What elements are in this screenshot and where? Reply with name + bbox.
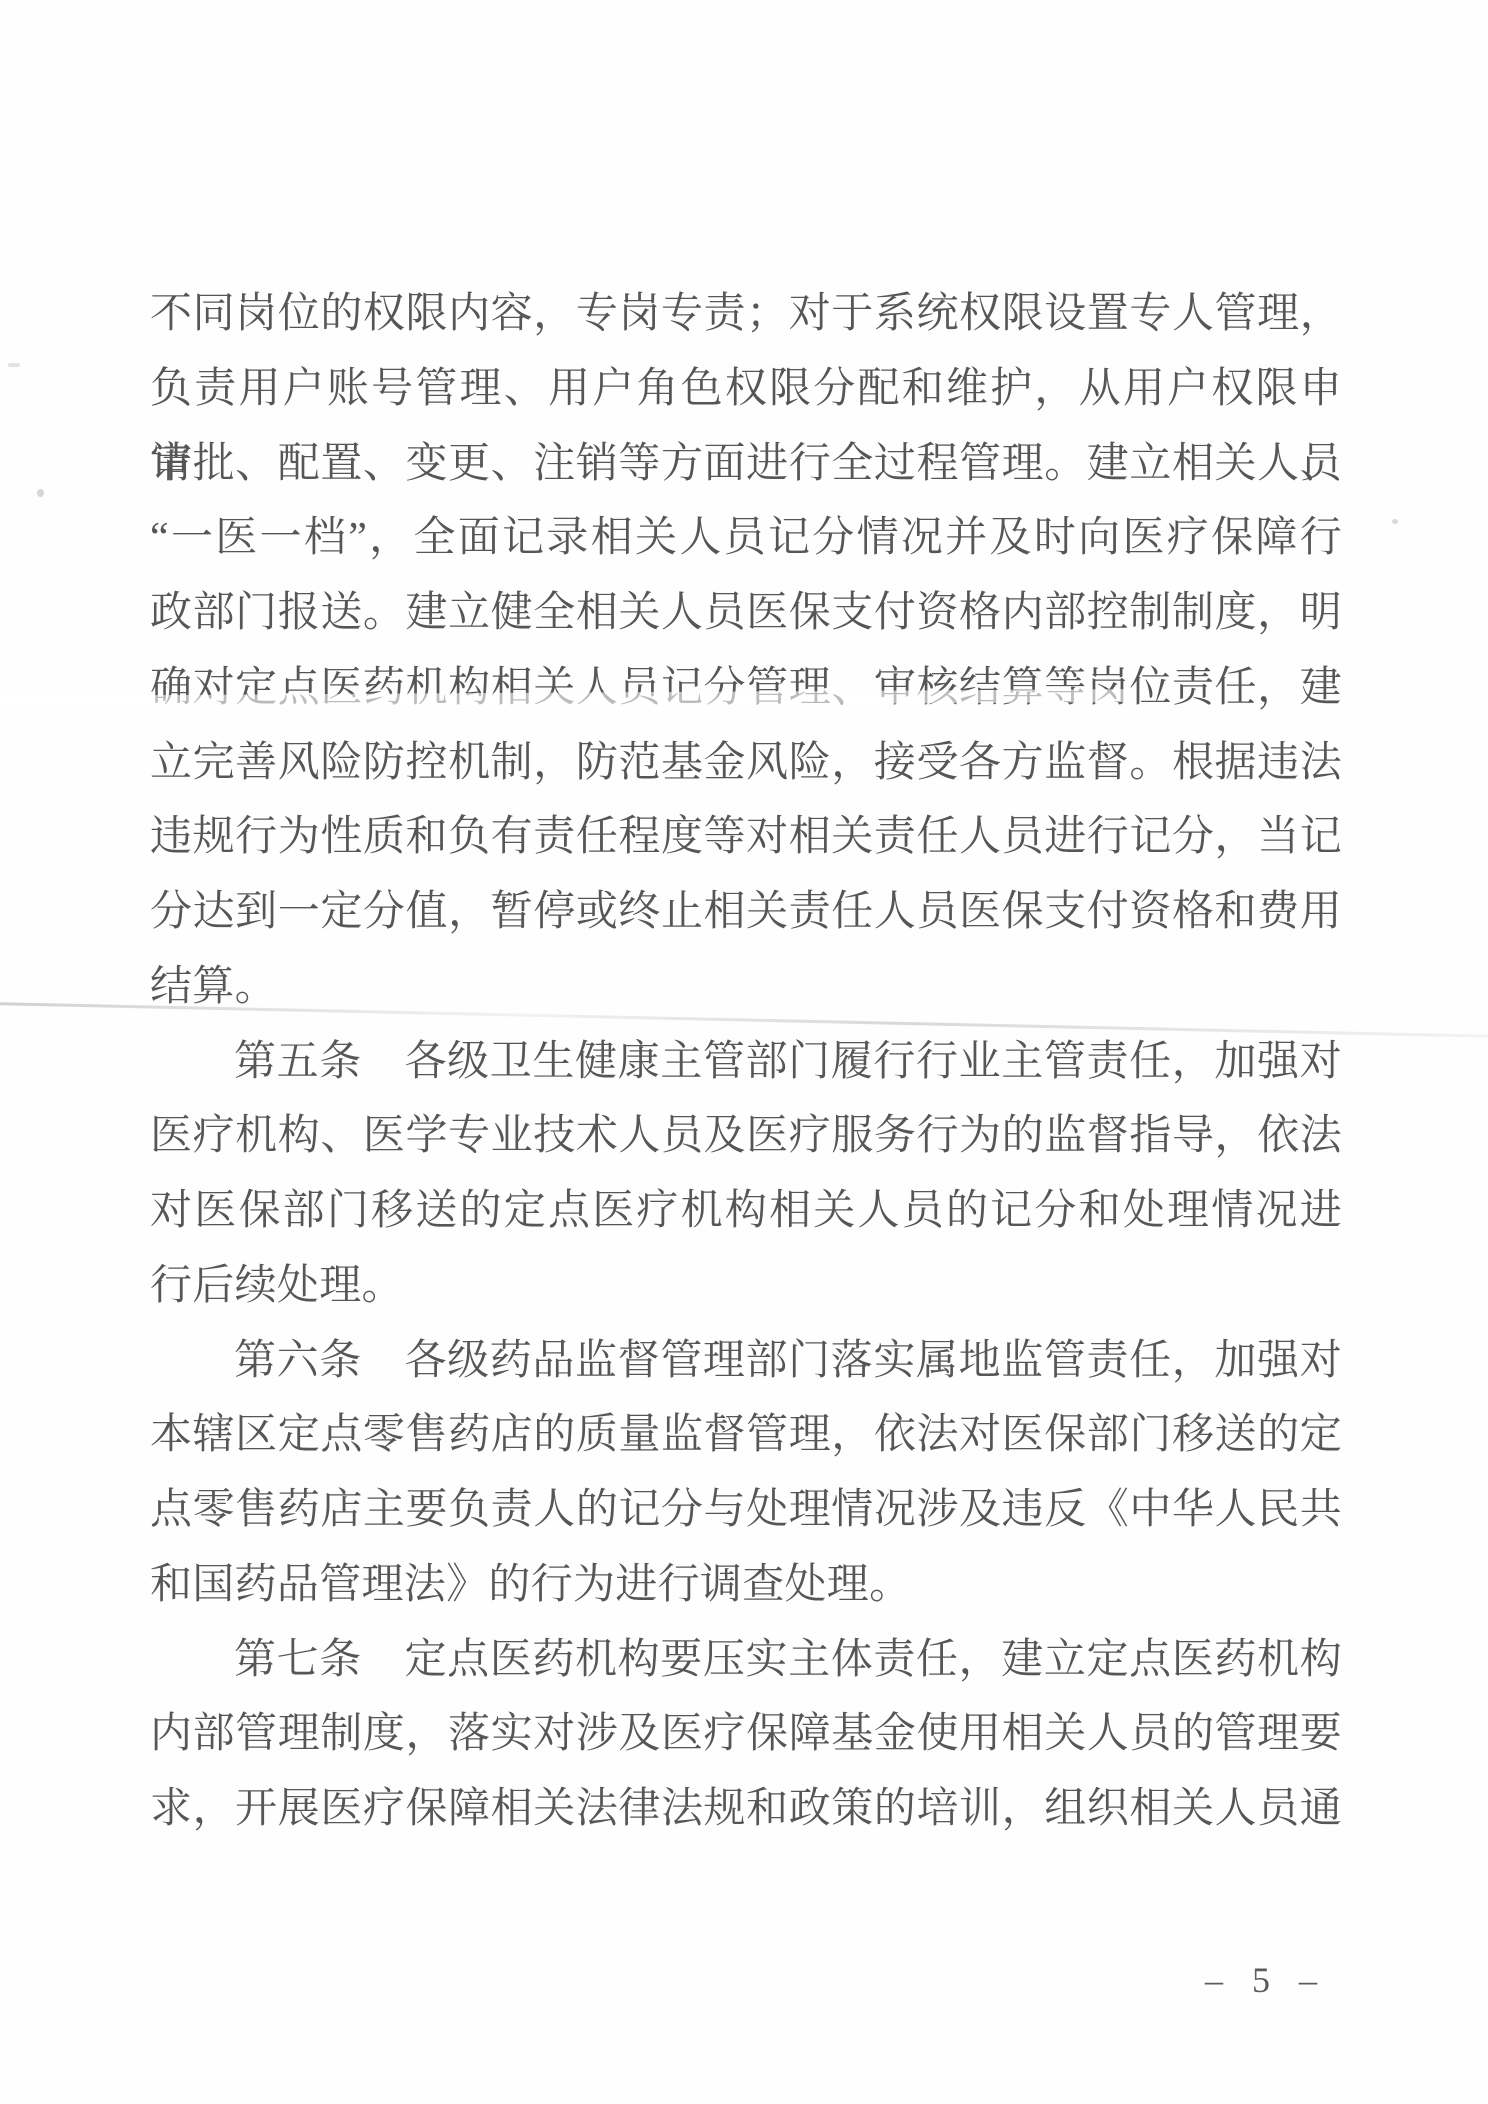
text-line: 医疗机构、医学专业技术人员及医疗服务行为的监督指导，依法 — [150, 1099, 1342, 1174]
text-line: 求，开展医疗保障相关法律法规和政策的培训，组织相关人员通 — [150, 1772, 1342, 1847]
scan-speck-artifact — [1392, 519, 1398, 524]
text-line: 结算。 — [150, 950, 1342, 1025]
scanned-document-page: 不同岗位的权限内容，专岗专责；对于系统权限设置专人管理， 负责用户账号管理、用户… — [0, 0, 1488, 2104]
text-line: 和国药品管理法》的行为进行调查处理。 — [150, 1548, 1342, 1623]
text-line: “一医一档”，全面记录相关人员记分情况并及时向医疗保障行 — [150, 501, 1342, 576]
text-line: 对医保部门移送的定点医疗机构相关人员的记分和处理情况进 — [150, 1174, 1342, 1249]
text-line: 内部管理制度，落实对涉及医疗保障基金使用相关人员的管理要 — [150, 1697, 1342, 1772]
text-line: 点零售药店主要负责人的记分与处理情况涉及违反《中华人民共 — [150, 1473, 1342, 1548]
scan-speck-artifact — [8, 363, 20, 367]
text-line: 违规行为性质和负有责任程度等对相关责任人员进行记分，当记 — [150, 800, 1342, 875]
text-line: 审批、配置、变更、注销等方面进行全过程管理。建立相关人员 — [150, 427, 1342, 502]
text-line: 行后续处理。 — [150, 1249, 1342, 1324]
text-line-article-7: 第七条 定点医药机构要压实主体责任，建立定点医药机构 — [150, 1623, 1342, 1698]
scan-speck-artifact — [37, 489, 44, 497]
text-line-article-6: 第六条 各级药品监督管理部门落实属地监管责任，加强对 — [150, 1324, 1342, 1399]
text-line-article-5: 第五条 各级卫生健康主管部门履行行业主管责任，加强对 — [150, 1025, 1342, 1100]
text-line: 政部门报送。建立健全相关人员医保支付资格内部控制制度，明 — [150, 576, 1342, 651]
text-line: 分达到一定分值，暂停或终止相关责任人员医保支付资格和费用 — [150, 875, 1342, 950]
text-line: 立完善风险防控机制，防范基金风险，接受各方监督。根据违法 — [150, 726, 1342, 801]
text-line: 负责用户账号管理、用户角色权限分配和维护，从用户权限申请、 — [150, 352, 1342, 427]
text-line: 不同岗位的权限内容，专岗专责；对于系统权限设置专人管理， — [150, 277, 1342, 352]
text-line: 确对定点医药机构相关人员记分管理、审核结算等岗位责任，建 — [150, 651, 1342, 726]
text-line: 本辖区定点零售药店的质量监督管理，依法对医保部门移送的定 — [150, 1398, 1342, 1473]
page-number: – 5 – — [1205, 1958, 1327, 2002]
